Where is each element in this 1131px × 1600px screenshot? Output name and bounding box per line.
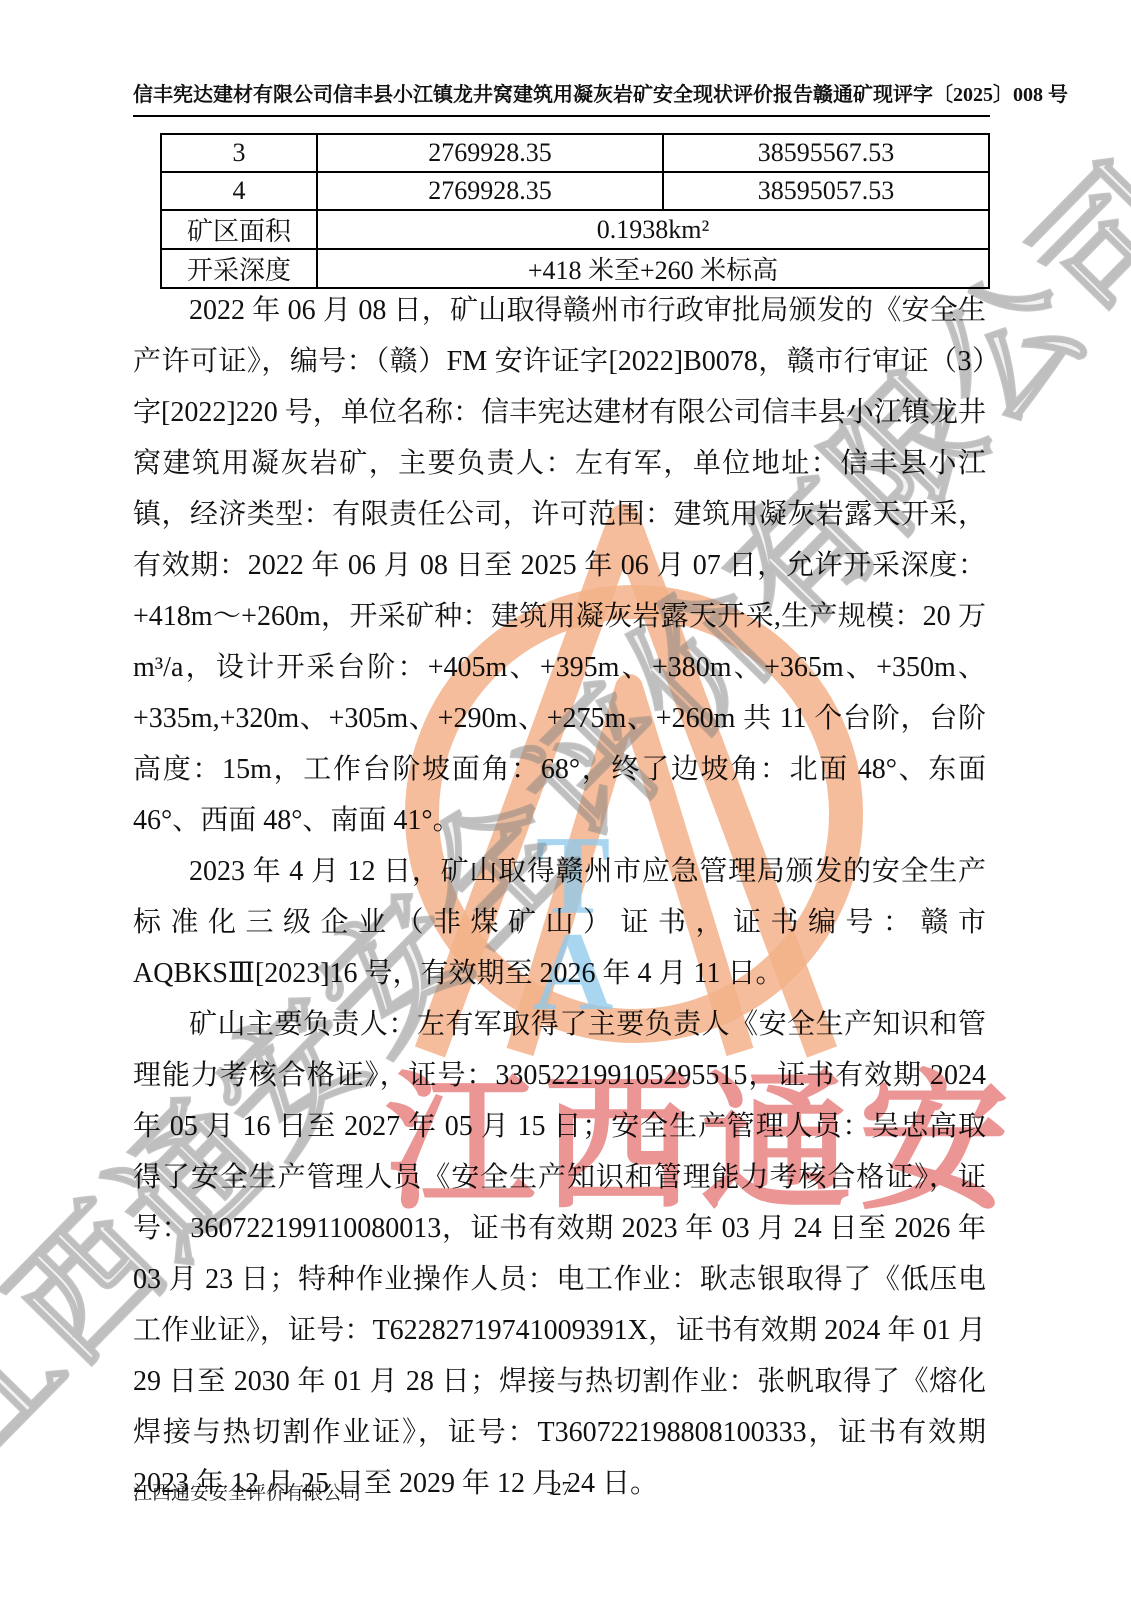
- table-row: 3 2769928.35 38595567.53: [161, 134, 989, 172]
- body-text: 2022 年 06 月 08 日，矿山取得赣州市行政审批局颁发的《安全生产许可证…: [133, 285, 986, 1509]
- point-number-cell: 3: [161, 134, 317, 172]
- report-title: 信丰宪达建材有限公司信丰县小江镇龙井窝建筑用凝灰岩矿安全现状评价报告: [133, 78, 813, 107]
- area-value-cell: 0.1938km²: [317, 210, 989, 249]
- paragraph-personnel: 矿山主要负责人：左有军取得了主要负责人《安全生产知识和管理能力考核合格证》，证号…: [133, 999, 986, 1509]
- document-page: TA 江西通安安全评价有限公司 江西通安 信丰宪达建材有限公司信丰县小江镇龙井窝…: [0, 0, 1131, 1600]
- table-row: 矿区面积 0.1938km²: [161, 210, 989, 249]
- table-row: 4 2769928.35 38595057.53: [161, 172, 989, 210]
- y-coordinate-cell: 38595057.53: [663, 172, 989, 210]
- page-header: 信丰宪达建材有限公司信丰县小江镇龙井窝建筑用凝灰岩矿安全现状评价报告 赣通矿现评…: [133, 78, 990, 117]
- depth-label-cell: 开采深度: [161, 249, 317, 288]
- doc-number: 赣通矿现评字〔2025〕008 号: [813, 78, 1068, 107]
- x-coordinate-cell: 2769928.35: [317, 134, 663, 172]
- page-number: 27: [133, 1478, 990, 1501]
- depth-value-cell: +418 米至+260 米标高: [317, 249, 989, 288]
- point-number-cell: 4: [161, 172, 317, 210]
- area-label-cell: 矿区面积: [161, 210, 317, 249]
- y-coordinate-cell: 38595567.53: [663, 134, 989, 172]
- x-coordinate-cell: 2769928.35: [317, 172, 663, 210]
- paragraph-license: 2022 年 06 月 08 日，矿山取得赣州市行政审批局颁发的《安全生产许可证…: [133, 285, 986, 846]
- mine-coordinates-table: 3 2769928.35 38595567.53 4 2769928.35 38…: [160, 133, 990, 289]
- paragraph-standardization: 2023 年 4 月 12 日，矿山取得赣州市应急管理局颁发的安全生产标准化三级…: [133, 846, 986, 999]
- table-row: 开采深度 +418 米至+260 米标高: [161, 249, 989, 288]
